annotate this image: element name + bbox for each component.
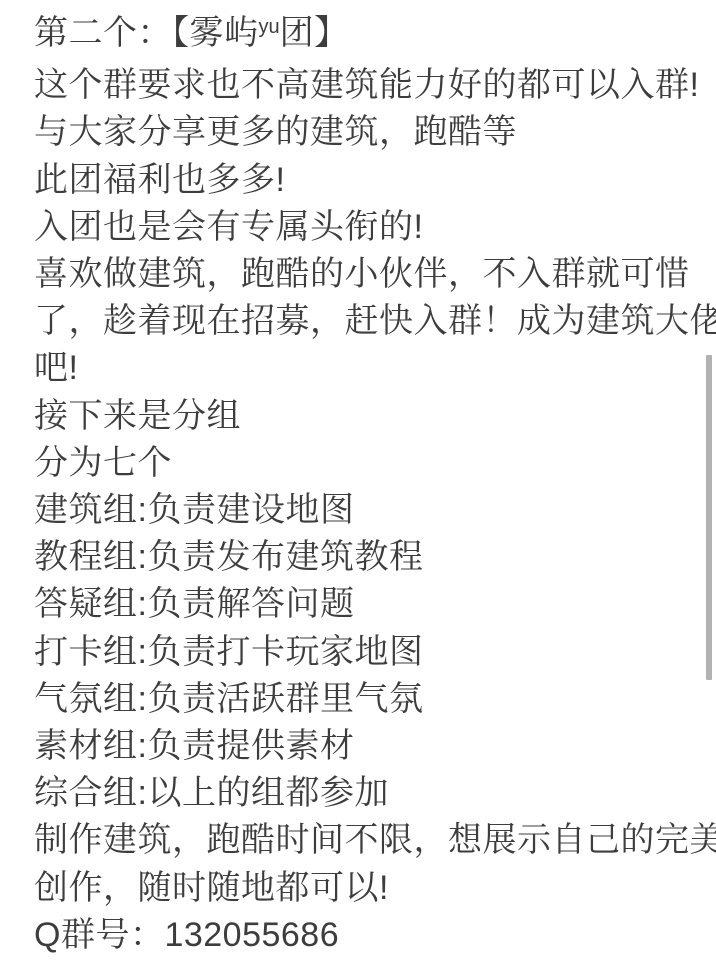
scrollbar-thumb[interactable]: [706, 355, 712, 680]
text-line: 接下来是分组: [34, 393, 690, 440]
text-block: 第二个：【雾屿yu团】 这个群要求也不高建筑能力好的都可以入群! 与大家分享更多…: [34, 10, 690, 959]
text-line: 创作，随时随地都可以!: [34, 865, 690, 912]
text-line: 教程组:负责发布建筑教程: [34, 534, 690, 581]
text-line: 答疑组:负责解答问题: [34, 581, 690, 628]
page-title: 第二个：【雾屿yu团】: [34, 10, 690, 62]
text-line: 喜欢做建筑，跑酷的小伙伴，不入群就可惜: [34, 251, 690, 298]
text-line: 此团福利也多多!: [34, 157, 690, 204]
title-suffix: 团】: [280, 14, 349, 52]
qq-group-number-line: Q群号：132055686: [34, 912, 690, 959]
text-line: 气氛组:负责活跃群里气氛: [34, 676, 690, 723]
text-line: 综合组:以上的组都参加: [34, 770, 690, 817]
text-line: 这个群要求也不高建筑能力好的都可以入群!: [34, 62, 690, 109]
text-line: 制作建筑，跑酷时间不限，想展示自己的完美: [34, 817, 690, 864]
text-line: 了，趁着现在招募，赶快入群！成为建筑大佬: [34, 298, 690, 345]
text-line: 与大家分享更多的建筑，跑酷等: [34, 109, 690, 156]
title-prefix: 第二个：【雾屿: [34, 14, 259, 52]
text-line: 入团也是会有专属头衔的!: [34, 204, 690, 251]
text-page: 第二个：【雾屿yu团】 这个群要求也不高建筑能力好的都可以入群! 与大家分享更多…: [0, 0, 716, 964]
text-line: 素材组:负责提供素材: [34, 723, 690, 770]
text-line: 分为七个: [34, 440, 690, 487]
text-line: 打卡组:负责打卡玩家地图: [34, 629, 690, 676]
title-superscript: yu: [259, 16, 280, 38]
text-line: 吧!: [34, 345, 690, 392]
text-line: 建筑组:负责建设地图: [34, 487, 690, 534]
